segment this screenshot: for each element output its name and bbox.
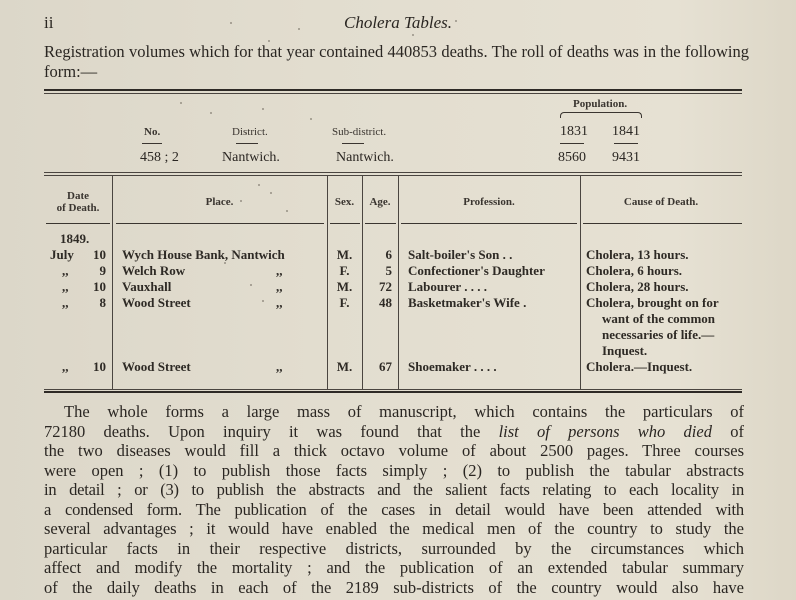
foxing-speck: [268, 40, 270, 42]
profession-cell: Basketmaker's Wife .: [408, 295, 526, 311]
col-divider: [398, 176, 399, 390]
cause-cell: Cholera, 13 hours.: [586, 247, 746, 263]
population-brace: [560, 112, 642, 118]
ditto-cell: ,,: [276, 263, 283, 279]
register-rule-2: [44, 175, 742, 176]
age-cell: 72: [362, 279, 392, 295]
table-bottom-rule-thin: [44, 389, 742, 390]
profession-cell: Confectioner's Daughter: [408, 263, 545, 279]
sex-cell: F.: [327, 295, 362, 311]
cause-line: Cholera, 28 hours.: [586, 279, 689, 294]
age-cell: 67: [362, 359, 392, 375]
foxing-speck: [180, 102, 182, 104]
book-page: ii Cholera Tables. Registration volumes …: [0, 0, 796, 600]
year2-underline: [614, 143, 638, 144]
day-cell: 10: [80, 359, 106, 375]
top-rule-thin: [44, 93, 742, 94]
foxing-speck: [310, 118, 312, 120]
place-cell: Wych House Bank, Nantwich: [122, 247, 285, 263]
sex-cell: M.: [327, 247, 362, 263]
foxing-speck: [270, 192, 272, 194]
header-rule: [365, 223, 396, 224]
body-line: of the daily deaths in each of the 2189 …: [44, 578, 744, 598]
day-cell: 9: [80, 263, 106, 279]
subdistrict-value: Nantwich.: [336, 150, 394, 166]
register-rule-1: [44, 172, 742, 173]
col-header-date-line2: of Death.: [57, 202, 100, 214]
foxing-speck: [230, 22, 232, 24]
year-cell: 1849.: [60, 231, 89, 247]
ditto-cell: ,,: [276, 359, 283, 375]
cause-line: want of the common: [586, 311, 746, 327]
cause-line: Cholera.—Inquest.: [586, 359, 692, 374]
subdistrict-underline: [342, 143, 364, 144]
foxing-speck: [245, 132, 247, 134]
subdistrict-label: Sub-district.: [332, 126, 386, 138]
header-rule: [46, 223, 110, 224]
col-header-age: Age.: [362, 196, 398, 208]
ditto-cell: ,,: [62, 359, 69, 375]
district-label: District.: [232, 126, 268, 138]
place-cell: Wood Street: [122, 295, 191, 311]
body-line: particular facts in their respective dis…: [44, 539, 744, 559]
ditto-cell: ,,: [276, 295, 283, 311]
population-label: Population.: [573, 98, 627, 110]
cause-cell: Cholera.—Inquest.: [586, 359, 746, 375]
body-line: affect and modify the mortality ; and th…: [44, 558, 744, 578]
cause-line: Cholera, 6 hours.: [586, 263, 682, 278]
foxing-speck: [286, 210, 288, 212]
day-cell: 10: [80, 279, 106, 295]
col-header-date: Date of Death.: [44, 190, 112, 214]
foxing-speck: [210, 112, 212, 114]
body-line: a condensed form. The publication of the…: [44, 500, 744, 520]
day-cell: 10: [80, 247, 106, 263]
ditto-cell: ,,: [62, 295, 69, 311]
cause-cell: Cholera, 28 hours.: [586, 279, 746, 295]
month-cell: July: [50, 247, 74, 263]
body-text-run: of: [712, 422, 744, 441]
foxing-speck: [262, 108, 264, 110]
population-1831: 8560: [558, 150, 586, 166]
foxing-speck: [258, 184, 260, 186]
ditto-cell: ,,: [62, 279, 69, 295]
age-cell: 6: [362, 247, 392, 263]
age-cell: 5: [362, 263, 392, 279]
place-cell: Welch Row: [122, 263, 185, 279]
sex-cell: M.: [327, 359, 362, 375]
body-line: in detail ; or (3) to publish the abstra…: [44, 480, 744, 500]
col-header-sex: Sex.: [327, 196, 362, 208]
col-header-profession: Profession.: [398, 196, 580, 208]
cause-line: Cholera, 13 hours.: [586, 247, 689, 262]
place-cell: Wood Street: [122, 359, 191, 375]
col-header-date-line1: Date: [67, 190, 89, 202]
cause-line: Inquest.: [586, 343, 746, 359]
sex-cell: F.: [327, 263, 362, 279]
italic-phrase: list of persons who died: [499, 422, 712, 441]
body-paragraph: The whole forms a large mass of manuscri…: [44, 402, 744, 597]
body-line: The whole forms a large mass of manuscri…: [44, 402, 744, 422]
body-line: 72180 deaths. Upon inquiry it was found …: [44, 422, 744, 442]
foxing-speck: [455, 20, 457, 22]
profession-cell: Salt-boiler's Son . .: [408, 247, 512, 263]
header-rule: [116, 223, 324, 224]
no-underline: [142, 143, 162, 144]
year-1841: 1841: [612, 124, 640, 140]
age-cell: 48: [362, 295, 392, 311]
body-text-run: 72180 deaths. Upon inquiry it was found …: [44, 422, 499, 441]
col-header-cause: Cause of Death.: [580, 196, 742, 208]
body-line: several advantages ; it would have enabl…: [44, 519, 744, 539]
header-rule: [401, 223, 577, 224]
foxing-speck: [240, 200, 242, 202]
no-label: No.: [144, 126, 160, 138]
place-cell: Vauxhall: [122, 279, 171, 295]
body-line: were open ; (1) to publish those facts s…: [44, 461, 744, 481]
cause-cell: Cholera, 6 hours.: [586, 263, 746, 279]
profession-cell: Shoemaker . . . .: [408, 359, 497, 375]
sex-cell: M.: [327, 279, 362, 295]
body-line: the two diseases would fill a thick octa…: [44, 441, 744, 461]
cause-line: Cholera, brought on for: [586, 295, 719, 310]
ditto-cell: ,,: [276, 279, 283, 295]
intro-paragraph: Registration volumes which for that year…: [44, 42, 749, 82]
col-header-place: Place.: [112, 196, 327, 208]
register-number: 458 ; 2: [140, 150, 179, 166]
col-divider: [112, 176, 113, 390]
year1-underline: [560, 143, 584, 144]
district-value: Nantwich.: [222, 150, 280, 166]
running-head: Cholera Tables.: [0, 13, 796, 33]
header-rule: [330, 223, 360, 224]
ditto-cell: ,,: [62, 263, 69, 279]
cause-line: necessaries of life.—: [586, 327, 746, 343]
day-cell: 8: [80, 295, 106, 311]
foxing-speck: [224, 262, 226, 264]
cause-cell: Cholera, brought on for want of the comm…: [586, 295, 746, 359]
foxing-speck: [412, 34, 414, 36]
col-divider: [580, 176, 581, 390]
top-rule: [44, 89, 742, 91]
population-1841: 9431: [612, 150, 640, 166]
foxing-speck: [250, 284, 252, 286]
table-bottom-rule: [44, 391, 742, 393]
header-rule: [583, 223, 742, 224]
district-underline: [236, 143, 258, 144]
profession-cell: Labourer . . . .: [408, 279, 487, 295]
foxing-speck: [298, 28, 300, 30]
year-1831: 1831: [560, 124, 588, 140]
foxing-speck: [262, 300, 264, 302]
